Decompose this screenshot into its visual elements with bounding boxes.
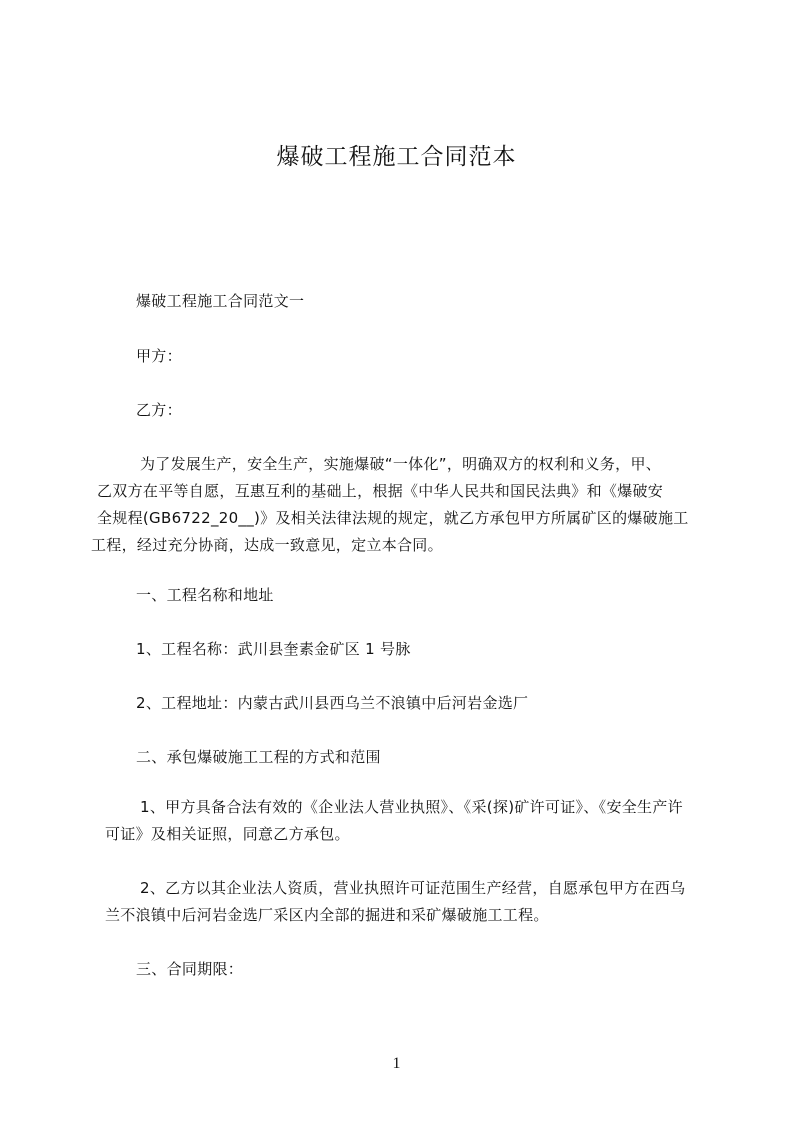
section-item: 1、工程名称：武川县奎素金矿区 1 号脉 xyxy=(136,638,411,659)
paragraph-line: 2、乙方以其企业法人资质，营业执照许可证范围生产经营，自愿承包甲方在西乌 xyxy=(140,877,685,898)
document-page: 爆破工程施工合同范本 爆破工程施工合同范文一 甲方： 乙方： 为了发展生产，安全… xyxy=(0,0,793,1122)
paragraph-line: 兰不浪镇中后河岩金选厂采区内全部的掘进和采矿爆破施工工程。 xyxy=(105,904,549,925)
preamble-line: 全规程(GB6722_20__)》及相关法律法规的规定，就乙方承包甲方所属矿区的… xyxy=(97,507,697,528)
paragraph-line: 1、甲方具备合法有效的《企业法人营业执照》、《采(探)矿许可证》、《安全生产许 xyxy=(140,796,683,817)
party-a-label: 甲方： xyxy=(136,345,182,366)
section-item: 2、工程地址：内蒙古武川县西乌兰不浪镇中后河岩金选厂 xyxy=(136,692,528,713)
party-b-label: 乙方： xyxy=(136,399,182,420)
preamble-line: 乙双方在平等自愿，互惠互利的基础上，根据《中华人民共和国民法典》和《爆破安 xyxy=(97,480,663,501)
document-subtitle: 爆破工程施工合同范文一 xyxy=(136,290,304,311)
section-heading: 三、合同期限： xyxy=(136,958,243,979)
document-title: 爆破工程施工合同范本 xyxy=(0,138,793,171)
preamble-line: 工程，经过充分协商，达成一致意见，定立本合同。 xyxy=(91,534,443,555)
paragraph-line: 可证》及相关证照，同意乙方承包。 xyxy=(105,823,350,844)
preamble-line: 为了发展生产，安全生产，实施爆破“一体化”，明确双方的权利和义务，甲、 xyxy=(140,453,661,474)
page-number: 1 xyxy=(0,1055,793,1073)
section-heading: 一、工程名称和地址 xyxy=(136,584,274,605)
section-heading: 二、承包爆破施工工程的方式和范围 xyxy=(136,746,381,767)
